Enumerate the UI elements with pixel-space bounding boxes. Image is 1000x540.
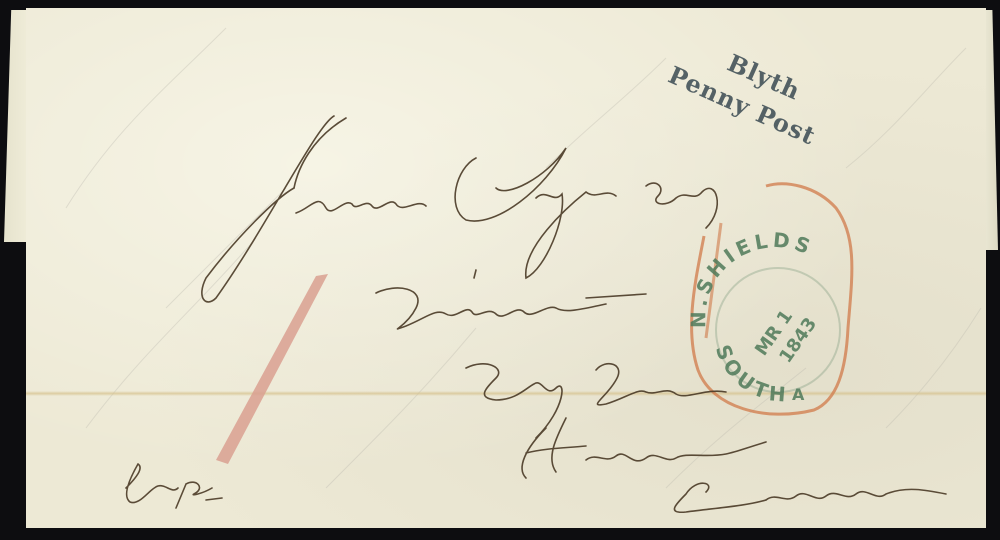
- left-fold-flap: [4, 10, 28, 242]
- manuscript-address: [26, 8, 986, 528]
- right-fold-flap: [984, 10, 998, 250]
- letter-sheet: N.SHIELDS SOUTH MR 1 1843 A: [26, 8, 986, 528]
